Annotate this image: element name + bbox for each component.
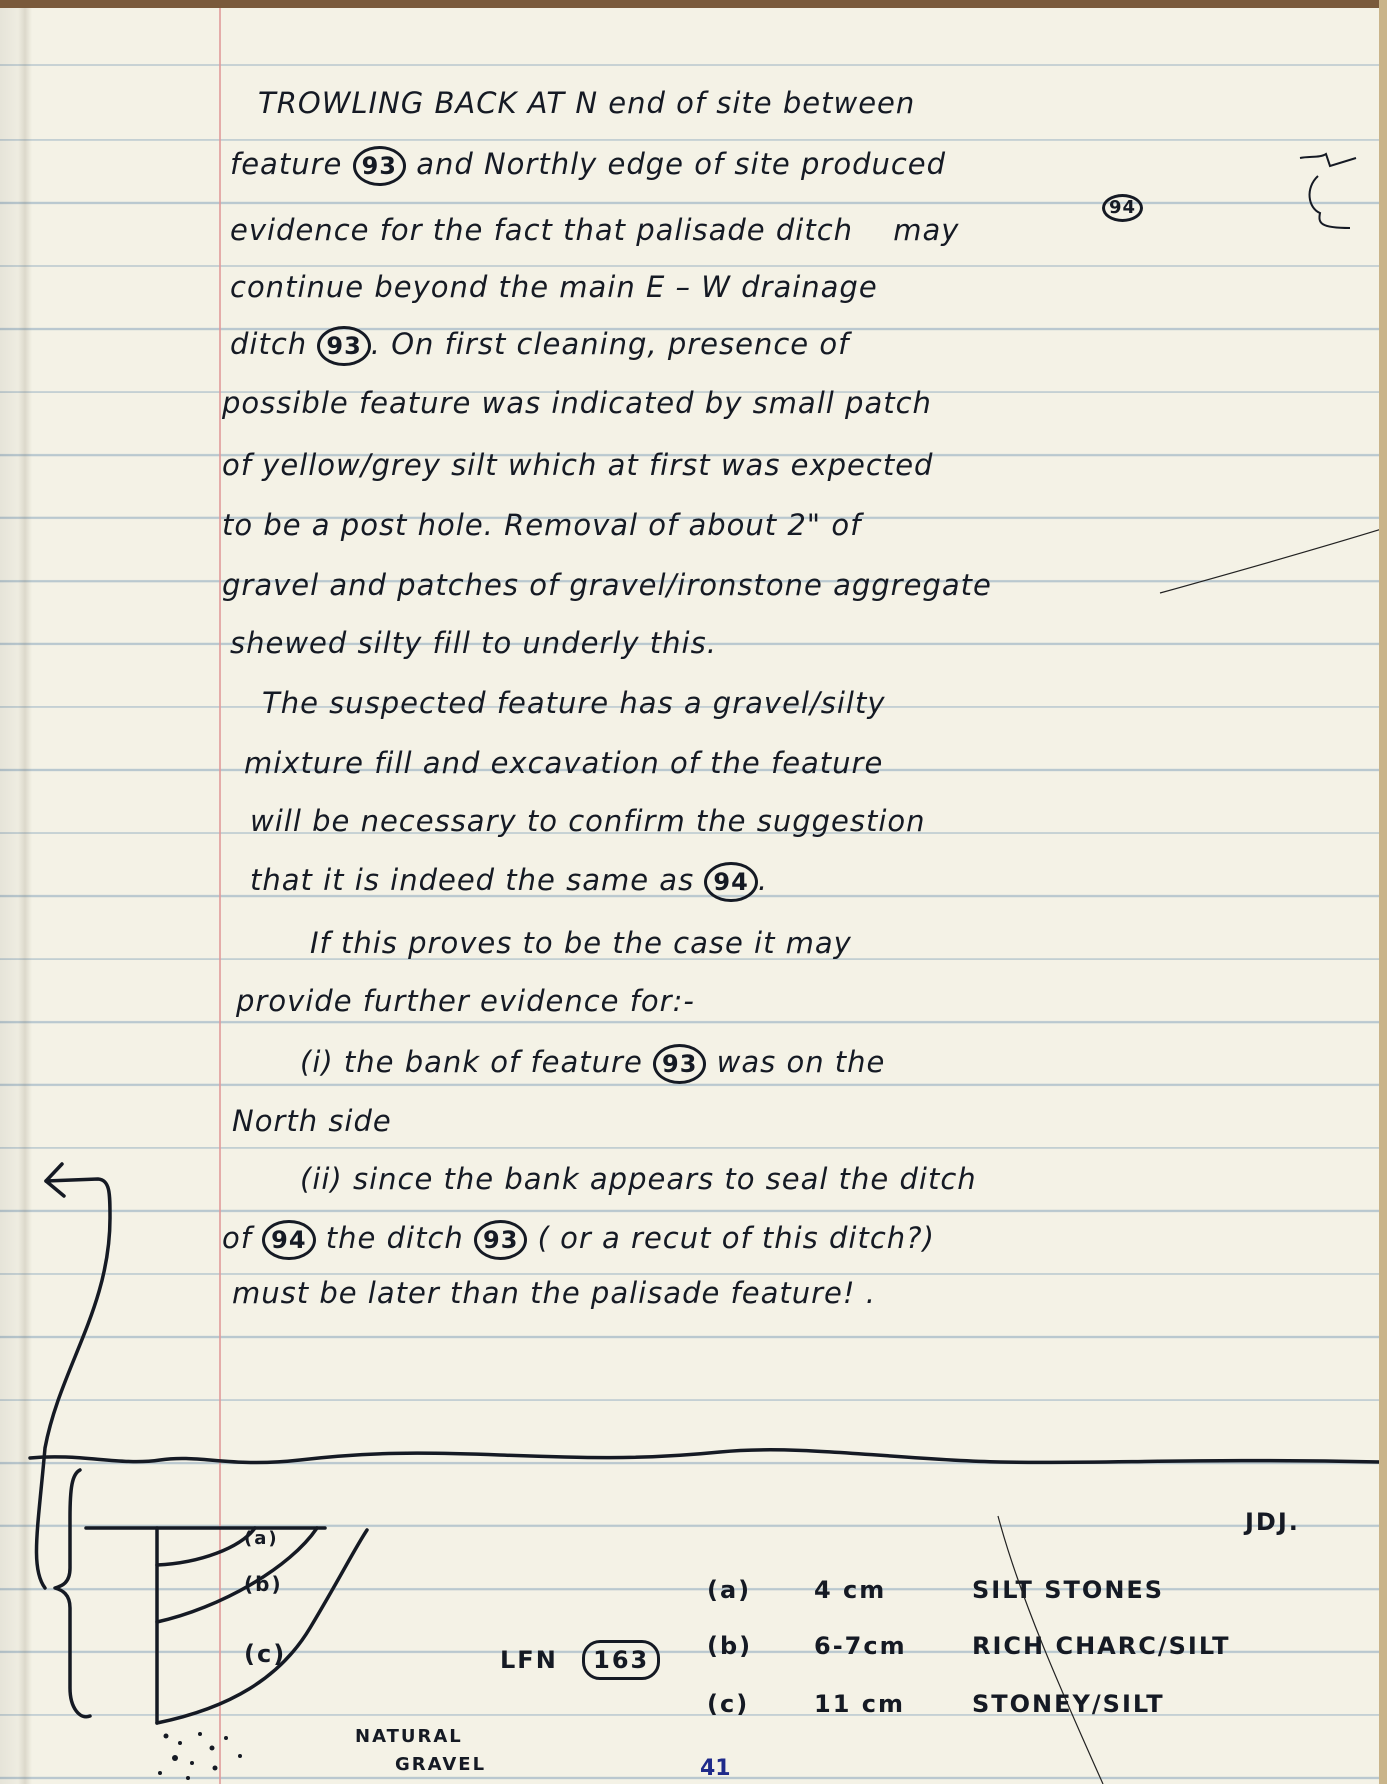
section-drawing bbox=[0, 8, 1380, 1784]
page-right-edge bbox=[1379, 0, 1387, 1784]
notebook-page: TROWLING BACK AT N end of site between f… bbox=[0, 8, 1380, 1784]
